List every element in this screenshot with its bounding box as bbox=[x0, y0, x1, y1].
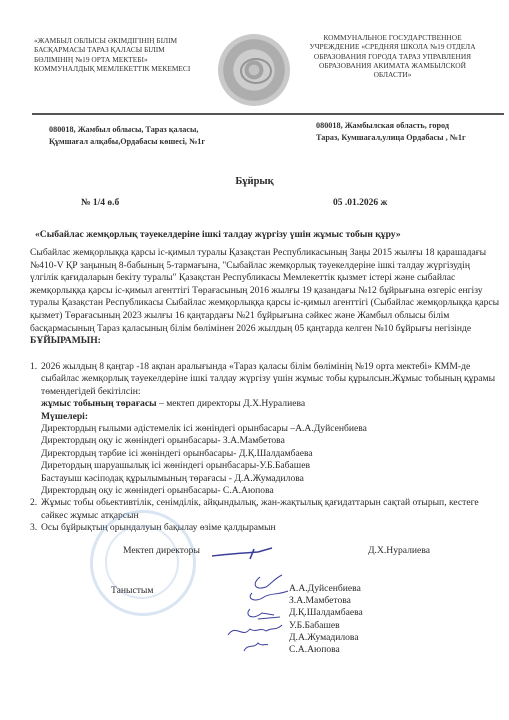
item-text: Жұмыс тобы обьективтілік, сенімділік, ай… bbox=[41, 497, 500, 522]
order-subject: «Сыбайлас жемқорлық тәуекелдеріне ішкі т… bbox=[35, 229, 401, 240]
member-line: Директордың тәрбие ісі жөніндегі орынбас… bbox=[30, 448, 500, 460]
order-item-1: 1. 2026 жылдың 8 қаңтар -18 ақпан аралығ… bbox=[30, 361, 500, 398]
chair-value: – мектеп директоры Д.Х.Нуралиева bbox=[157, 398, 306, 409]
document-title: Бұйрық bbox=[0, 176, 509, 187]
address-russian-line1: 080018, Жамбылская область, город bbox=[316, 120, 466, 132]
org-name-russian: КОММУНАЛЬНОЕ ГОСУДАРСТВЕННОЕ УЧРЕЖДЕНИЕ … bbox=[300, 33, 485, 79]
address-russian-line2: Тараз, Кумшагал,улица Ордабасы , №1г bbox=[316, 132, 466, 144]
item-text: 2026 жылдың 8 қаңтар -18 ақпан аралығынд… bbox=[41, 361, 500, 398]
state-emblem-icon bbox=[218, 34, 290, 106]
preamble: Сыбайлас жемқорлыққа қарсы іс-қимыл тура… bbox=[30, 247, 500, 348]
member-line: Диретордың шаруашылық ісі жөніндегі орын… bbox=[30, 460, 500, 472]
signature-icon bbox=[210, 546, 274, 560]
order-word: БҰЙЫРАМЫН: bbox=[30, 335, 101, 346]
acquainted-name: А.А.Дуйсенбиева bbox=[289, 583, 363, 595]
address-kazakh: 080018, Жамбыл облысы, Тараз қаласы, Құм… bbox=[49, 124, 205, 148]
member-line: Бастауыш кәсіподақ құрылымының төрағасы … bbox=[30, 473, 500, 485]
acquainted-name: Д.А.Жумадилова bbox=[289, 632, 363, 644]
chair-label: жұмыс тобының төрағасы bbox=[41, 398, 157, 409]
preamble-text: Сыбайлас жемқорлыққа қарсы іс-қимыл тура… bbox=[30, 247, 499, 334]
chair-line: жұмыс тобының төрағасы – мектеп директор… bbox=[30, 398, 500, 410]
address-kazakh-line2: Құмшағал алқабы,Ордабасы көшесі, №1г bbox=[49, 136, 205, 148]
acquainted-label: Таныстым bbox=[111, 585, 153, 596]
director-name: Д.Х.Нуралиева bbox=[368, 545, 430, 556]
order-items: 1. 2026 жылдың 8 қаңтар -18 ақпан аралығ… bbox=[30, 361, 500, 535]
address-russian: 080018, Жамбылская область, город Тараз,… bbox=[316, 120, 466, 144]
address-kazakh-line1: 080018, Жамбыл облысы, Тараз қаласы, bbox=[49, 124, 205, 136]
acquainted-name: У.Б.Бабашев bbox=[289, 620, 363, 632]
round-stamp-icon bbox=[90, 510, 196, 616]
header-divider bbox=[32, 113, 504, 115]
member-line: Директордың оқу іс жөніндегі орынбасары-… bbox=[30, 485, 500, 497]
acquainted-names: А.А.Дуйсенбиева З.А.Мамбетова Д.Қ.Шалдам… bbox=[289, 583, 363, 656]
order-date: 05 .01.2026 ж bbox=[333, 198, 387, 208]
item-number: 3. bbox=[30, 522, 41, 534]
order-item-2: 2. Жұмыс тобы обьективтілік, сенімділік,… bbox=[30, 497, 500, 522]
acquainted-name: З.А.Мамбетова bbox=[289, 595, 363, 607]
member-line: Директордың ғылыми әдістемелік ісі жөнін… bbox=[30, 423, 500, 435]
handwritten-signatures-icon bbox=[222, 573, 292, 657]
acquainted-name: С.А.Аюпова bbox=[289, 644, 363, 656]
org-name-kazakh: «ЖАМБЫЛ ОБЛЫСЫ ӘКІМДІГІНІҢ БІЛІМ БАСҚАРМ… bbox=[34, 36, 204, 73]
item-number: 1. bbox=[30, 361, 41, 398]
acquainted-name: Д.Қ.Шалдамбаева bbox=[289, 607, 363, 619]
director-signature-label: Мектеп директоры bbox=[123, 545, 200, 556]
member-line: Директордың оқу іс жөніндегі орынбасары-… bbox=[30, 435, 500, 447]
order-number: № 1/4 ө.б bbox=[81, 198, 119, 208]
item-number: 2. bbox=[30, 497, 41, 522]
members-label: Мүшелері: bbox=[30, 411, 500, 423]
